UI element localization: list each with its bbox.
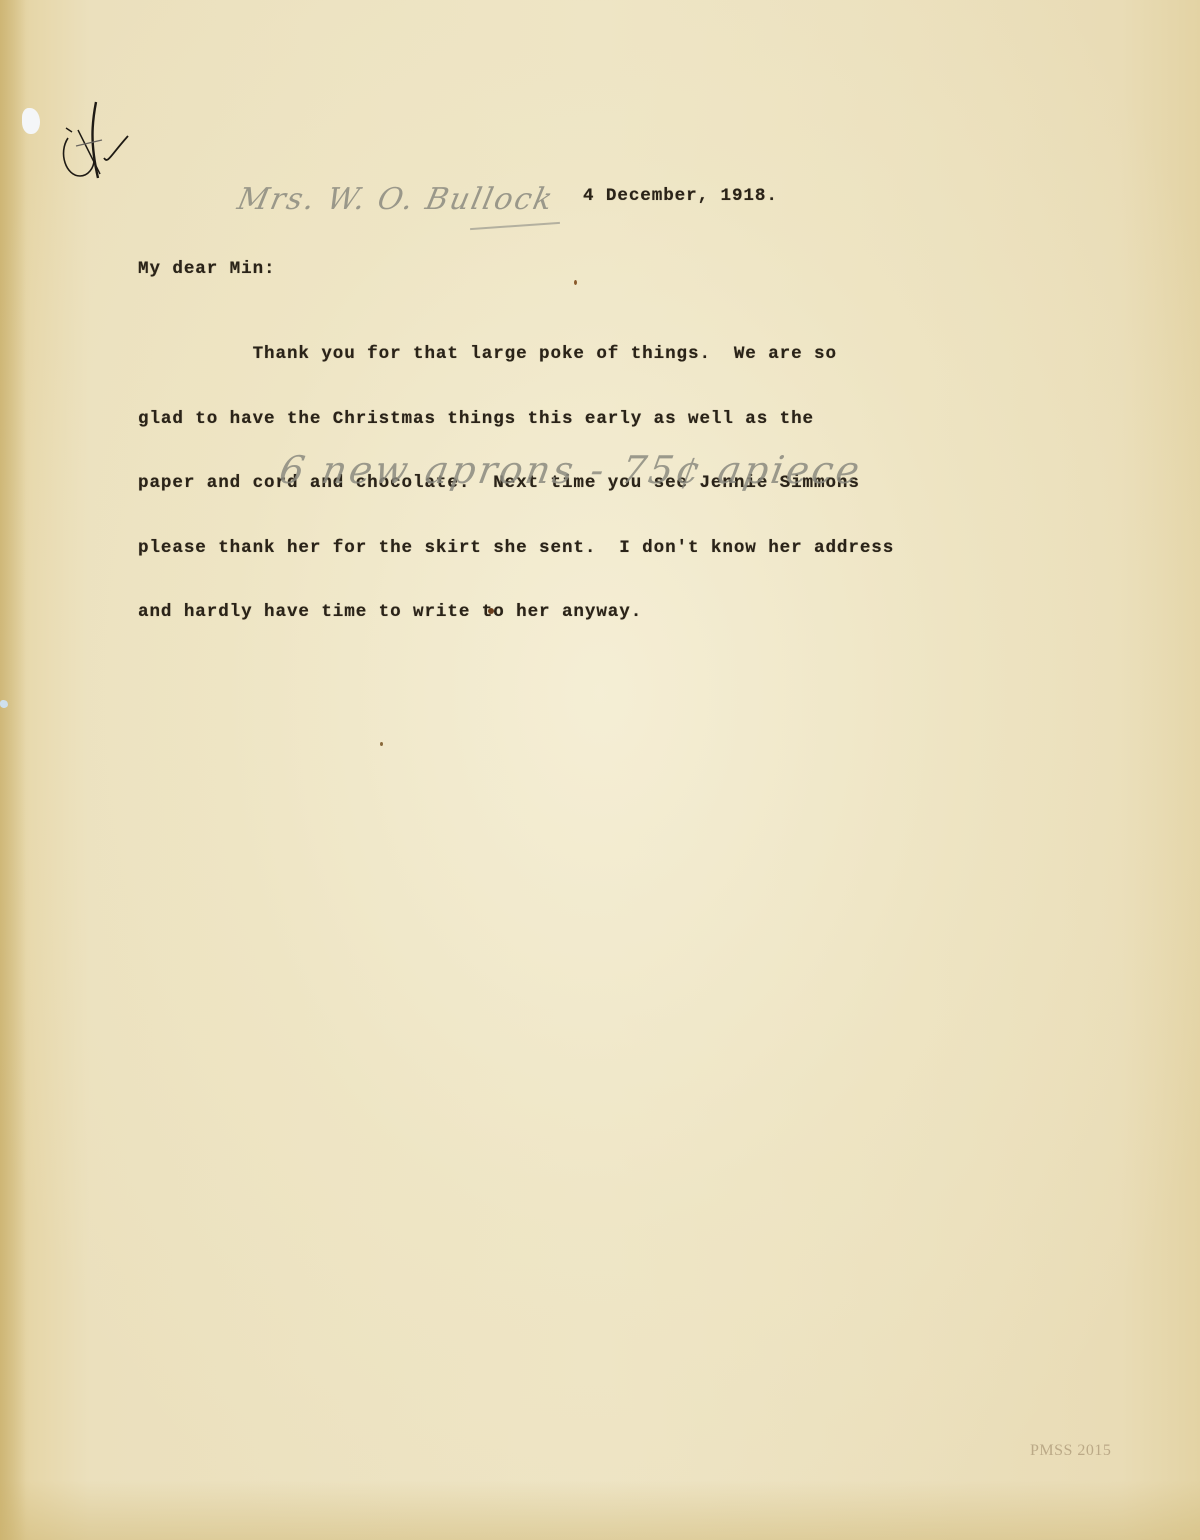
paper-speck xyxy=(574,280,577,285)
initials-mark xyxy=(58,98,138,188)
recipient-annotation: Mrs. W. O. Bullock xyxy=(234,182,557,217)
body-line: please thank her for the skirt she sent.… xyxy=(138,538,894,560)
paper-edge-shadow-bottom xyxy=(0,1480,1200,1540)
salutation: My dear Min: xyxy=(138,259,276,281)
body-line: and hardly have time to write to her any… xyxy=(138,602,894,624)
letter-date: 4 December, 1918. xyxy=(583,186,778,208)
archive-watermark: PMSS 2015 xyxy=(1030,1442,1111,1460)
paper-edge-shadow-left xyxy=(0,0,26,1540)
paper-tear xyxy=(0,700,8,708)
body-line: glad to have the Christmas things this e… xyxy=(138,409,894,431)
letter-page xyxy=(0,0,1200,1540)
body-line: Thank you for that large poke of things.… xyxy=(138,344,894,366)
paper-speck xyxy=(380,742,383,746)
paper-tear xyxy=(22,108,40,134)
handwritten-note: 6 new aprons - 75¢ apiece xyxy=(276,448,866,492)
